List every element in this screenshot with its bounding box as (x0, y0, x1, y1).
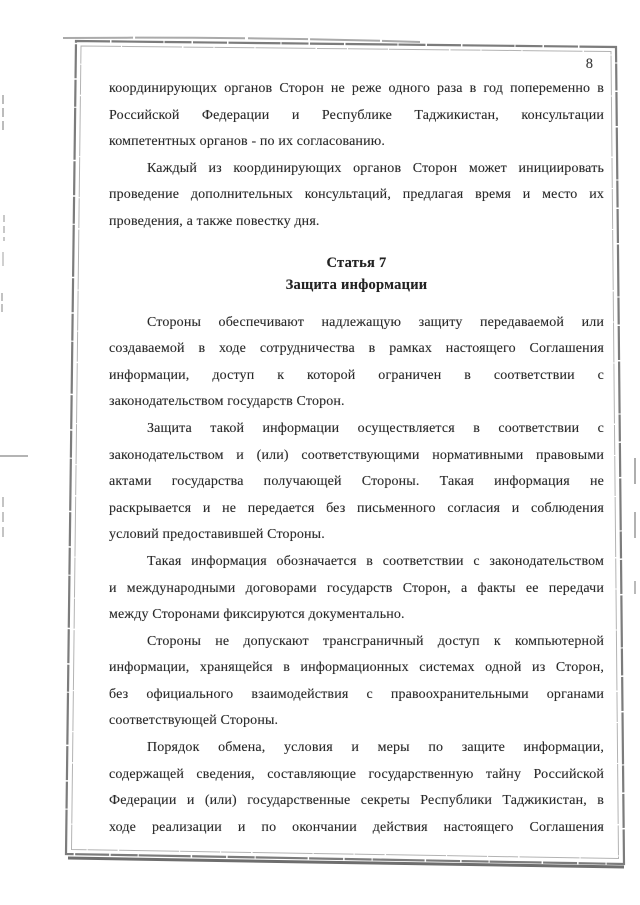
text-line: информации, хранящейся в информационных … (109, 655, 604, 682)
text-line: Стороны не допускают трансграничный дост… (109, 629, 604, 656)
text-line: Такая информация обозначается в соответс… (109, 549, 604, 576)
text-line: и международными договорами государств С… (109, 576, 604, 603)
article-title: Защита информации (109, 274, 604, 296)
text-line: Федерации и (или) государственные секрет… (109, 788, 604, 815)
paragraph: Порядок обмена, условия и меры по защите… (109, 735, 604, 841)
text-line: Стороны обеспечивают надлежащую защиту п… (109, 310, 604, 337)
text-line: компетентных органов - по их согласовани… (109, 129, 604, 156)
text-line: соответствующей Стороны. (109, 708, 604, 735)
text-line: координирующих органов Сторон не реже од… (109, 76, 604, 103)
page-number: 8 (0, 56, 593, 73)
text-line: актами государства получающей Стороны. Т… (109, 469, 604, 496)
text-line: Порядок обмена, условия и меры по защите… (109, 735, 604, 762)
text-line: между Сторонами фиксируются документальн… (109, 602, 604, 629)
text-line: содержащей сведения, составляющие госуда… (109, 762, 604, 789)
paragraph: координирующих органов Сторон не реже од… (109, 76, 604, 156)
text-line: законодательством и (или) соответствующи… (109, 443, 604, 470)
text-line: информации, доступ к которой ограничен в… (109, 363, 604, 390)
text-line: без официального взаимодействия с правоо… (109, 682, 604, 709)
text-line: Каждый из координирующих органов Сторон … (109, 156, 604, 183)
text-line: создаваемой в ходе сотрудничества в рамк… (109, 336, 604, 363)
paragraph: Каждый из координирующих органов Сторон … (109, 156, 604, 236)
document-body: координирующих органов Сторон не реже од… (109, 76, 604, 841)
scan-top-edge-line (63, 38, 420, 42)
text-line: проведения, а также повестку дня. (109, 209, 604, 236)
article-heading: Статья 7 Защита информации (109, 252, 604, 296)
text-line: законодательством государств Сторон. (109, 389, 604, 416)
paragraph: Такая информация обозначается в соответс… (109, 549, 604, 629)
paragraph: Защита такой информации осуществляется в… (109, 416, 604, 549)
text-line: Российской Федерации и Республике Таджик… (109, 103, 604, 130)
paragraph: Стороны обеспечивают надлежащую защиту п… (109, 310, 604, 416)
text-line: ходе реализации и по окончании действия … (109, 815, 604, 842)
scanned-document-page: 8 координирующих органов Сторон не реже … (0, 0, 640, 905)
paragraph: Стороны не допускают трансграничный дост… (109, 629, 604, 735)
text-line: Защита такой информации осуществляется в… (109, 416, 604, 443)
frame-bottom-heavy-line (68, 858, 624, 867)
text-line: раскрывается и не передается без письмен… (109, 496, 604, 523)
article-number: Статья 7 (109, 252, 604, 274)
text-line: условий предоставившей Стороны. (109, 522, 604, 549)
text-line: проведение дополнительных консультаций, … (109, 182, 604, 209)
